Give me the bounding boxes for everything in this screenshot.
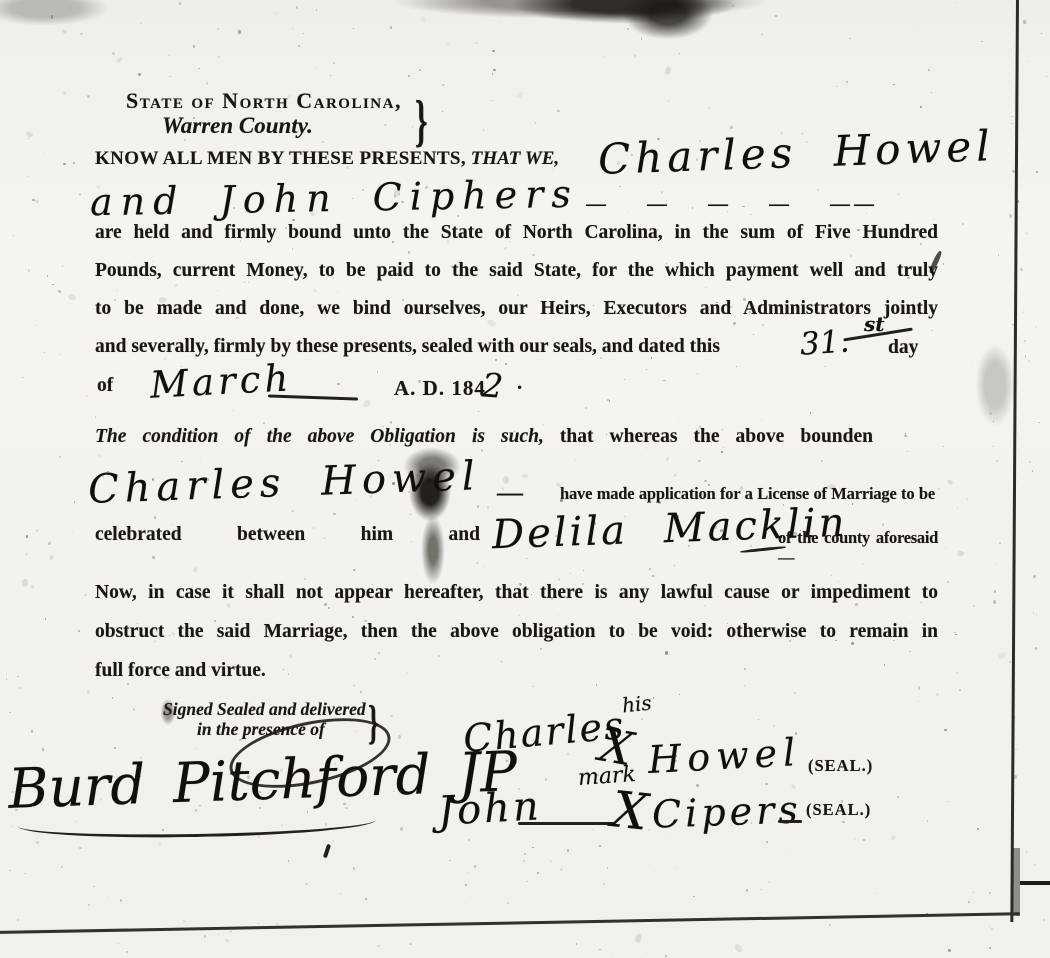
opening-that-we: THAT WE,: [471, 148, 559, 169]
bondsman-x-mark: X: [609, 780, 650, 841]
ad-year-printed: A. D. 184: [394, 376, 486, 401]
day-word-printed: day: [888, 337, 918, 359]
aforesaid-text: of the county aforesaid—: [778, 528, 938, 568]
day-number-handwritten: 31.: [799, 323, 851, 362]
opening-printed-text: KNOW ALL MEN BY THESE PRESENTS,: [95, 148, 466, 169]
obligation-line-2: Pounds, current Money, to be paid to the…: [95, 260, 938, 282]
handwritten-dashes: — — — — ——: [585, 192, 877, 217]
year-digit-handwritten: 2: [481, 365, 505, 405]
condition-lead-rest: that whereas the above bounden: [560, 426, 873, 447]
now-clause-line-1: Now, in case it shall not appear hereaft…: [95, 582, 938, 604]
obligation-line-1: are held and firmly bound unto the State…: [95, 222, 938, 244]
marriage-bond-document: State of North Carolina, Warren County. …: [0, 0, 1050, 958]
header-brace: }: [415, 88, 428, 155]
celebrated-text: celebrated between him and: [95, 524, 480, 546]
bondsman-signature-last: Cipers: [651, 787, 802, 836]
seal-label-bondsman: (SEAL.): [806, 800, 871, 820]
now-clause-line-3: full force and virtue.: [95, 660, 266, 682]
paper-right-edge-line: [1010, 0, 1019, 922]
condition-dash: —: [497, 478, 523, 508]
witness-tick-mark: [323, 844, 331, 859]
month-handwritten: March: [149, 356, 293, 406]
bondsman-signature-first: John: [437, 783, 543, 834]
day-ordinal-handwritten: st: [864, 312, 885, 336]
application-text: have made application for a License of M…: [560, 484, 935, 504]
obligation-line-3: to be made and done, we bind ourselves, …: [95, 298, 938, 320]
groom-his-label: his: [621, 691, 653, 718]
of-word-printed: of: [97, 375, 113, 397]
attestation-line-1: Signed Sealed and delivered: [163, 699, 366, 720]
now-clause-line-2: obstruct the said Marriage, then the abo…: [95, 621, 938, 643]
cosigner-name-handwritten: and John Ciphers: [90, 172, 580, 225]
obligation-line-4: and severally, firmly by these presents,…: [95, 336, 720, 358]
paper-edge-stub-line: [1020, 881, 1050, 885]
seal-label-groom: (SEAL.): [808, 756, 873, 776]
condition-lead-italic: The condition of the above Obligation is…: [95, 426, 544, 447]
principal-name-handwritten: Charles Howel: [597, 121, 995, 184]
header-state-line: State of North Carolina,: [126, 88, 402, 114]
paper-right-edge-shadow: [1011, 848, 1020, 916]
year-period: .: [517, 370, 522, 395]
witness-underline-flourish: [18, 817, 376, 840]
groom-signature-last: Howel: [647, 730, 802, 782]
paper-bottom-edge-line: [0, 912, 1020, 933]
header-county-line: Warren County.: [162, 113, 313, 139]
groom-name-handwritten: Charles Howel: [87, 453, 481, 513]
